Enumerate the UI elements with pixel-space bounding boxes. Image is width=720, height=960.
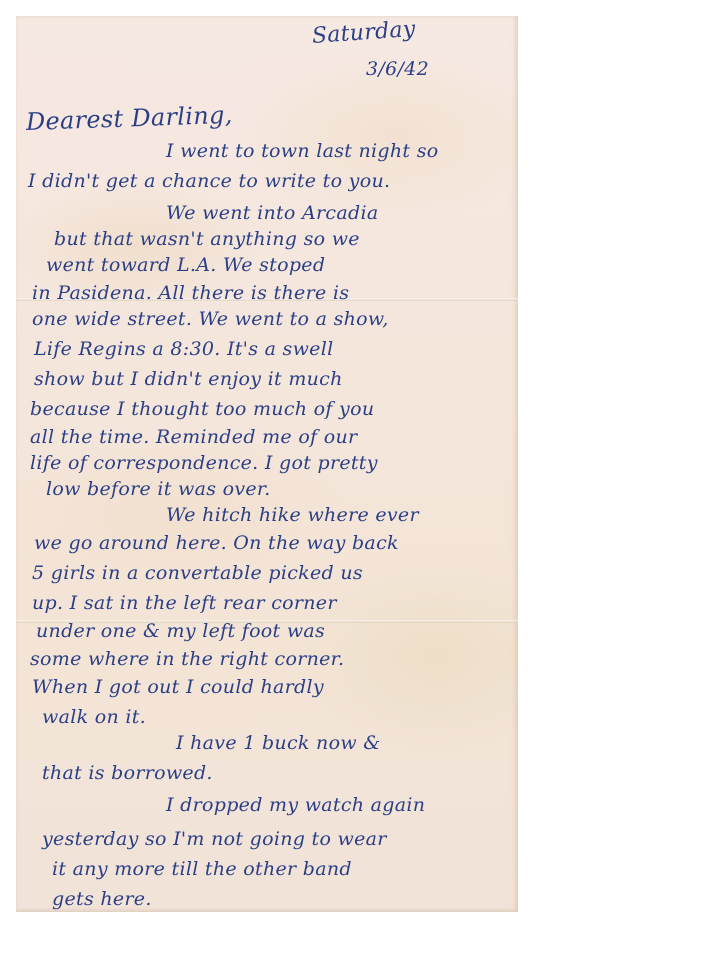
- letter-line: all the time. Reminded me of our: [30, 426, 357, 448]
- letter-date: 3/6/42: [366, 58, 429, 80]
- letter-line: yesterday so I'm not going to wear: [42, 828, 387, 850]
- letter-line: under one & my left foot was: [36, 620, 325, 642]
- letter-line: When I got out I could hardly: [32, 676, 324, 698]
- letter-line: 5 girls in a convertable picked us: [32, 562, 363, 584]
- letter-line: that is borrowed.: [42, 762, 213, 784]
- letter-page: Saturday 3/6/42 Dearest Darling, I went …: [16, 16, 518, 912]
- letter-line: I went to town last night so: [166, 140, 439, 162]
- letter-line: life of correspondence. I got pretty: [30, 452, 378, 474]
- letter-line: but that wasn't anything so we: [54, 228, 360, 250]
- letter-line: Life Regins a 8:30. It's a swell: [34, 338, 333, 360]
- letter-line: I have 1 buck now &: [176, 732, 380, 754]
- letter-line: up. I sat in the left rear corner: [32, 592, 337, 614]
- letter-line: some where in the right corner.: [30, 648, 344, 670]
- letter-line: low before it was over.: [46, 478, 271, 500]
- letter-line: show but I didn't enjoy it much: [34, 368, 343, 390]
- letter-salutation: Dearest Darling,: [26, 101, 234, 136]
- letter-line: gets here.: [52, 888, 152, 910]
- letter-line: because I thought too much of you: [30, 398, 374, 420]
- letter-line: walk on it.: [42, 706, 146, 728]
- letter-line: I didn't get a chance to write to you.: [28, 170, 390, 192]
- letter-line: I dropped my watch again: [166, 794, 425, 816]
- letter-line: We went into Arcadia: [166, 202, 378, 224]
- letter-line: in Pasidena. All there is there is: [32, 282, 349, 304]
- letter-line: one wide street. We went to a show,: [32, 308, 389, 330]
- letter-line: went toward L.A. We stoped: [46, 254, 325, 276]
- letter-day: Saturday: [311, 17, 416, 49]
- letter-line: we go around here. On the way back: [34, 532, 399, 554]
- letter-line: it any more till the other band: [52, 858, 352, 880]
- letter-line: We hitch hike where ever: [166, 504, 419, 526]
